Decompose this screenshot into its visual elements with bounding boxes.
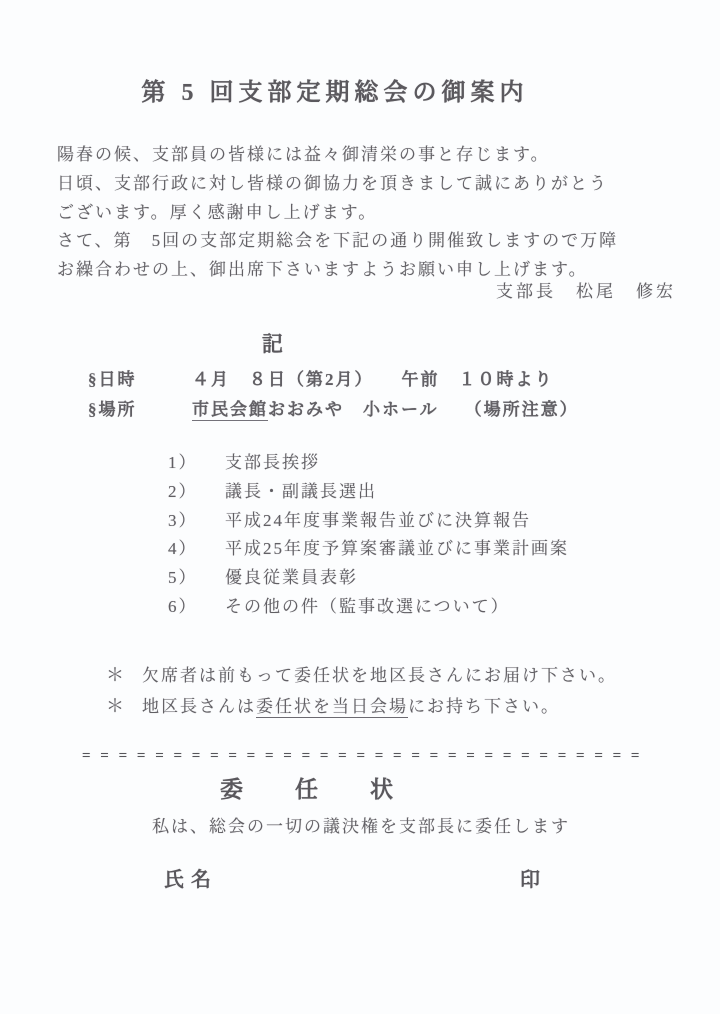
greeting-line: ございます。厚く感謝申し上げます。	[57, 199, 618, 228]
proxy-form-body: 私は、総会の一切の議決権を支部長に委任します	[152, 812, 570, 837]
venue-name-underlined: 市民会館	[192, 400, 268, 421]
greeting-line: 日頃、支部行政に対し皆様の御協力を頂きまして誠にありがとう	[57, 170, 618, 199]
agenda-item: 5） 優良従業員表彰	[168, 564, 569, 593]
note-text: 欠席者は前もって委任状を地区長さんにお届け下さい。	[142, 661, 617, 686]
note-bullet: ＊	[106, 692, 126, 718]
venue-note: （場所注意）	[465, 400, 579, 419]
note-bullet: ＊	[106, 661, 126, 687]
document-title: 第 5 回支部定期総会の御案内	[0, 72, 670, 107]
agenda-number: 3）	[168, 507, 225, 536]
agenda-number: 6）	[168, 593, 225, 622]
note-text-post: にお持ち下さい。	[408, 697, 560, 716]
agenda-text: その他の件（監事改選について）	[225, 593, 510, 622]
proxy-form-title: 委 任 状	[220, 771, 395, 804]
greeting-paragraph: 陽春の候、支部員の皆様には益々御清栄の事と存じます。 日頃、支部行政に対し皆様の…	[57, 141, 618, 285]
venue-value: 市民会館おおみや 小ホール（場所注意）	[192, 395, 579, 420]
agenda-item: 1） 支部長挨拶	[168, 449, 569, 478]
agenda-item: 2） 議長・副議長選出	[168, 478, 569, 507]
note-text-pre: 地区長さんは	[142, 697, 256, 716]
proxy-name-label: 氏名	[164, 863, 218, 892]
venue-label: §場所	[88, 395, 137, 420]
schedule-value: ４月 ８日（第2月）午前 １０時より	[192, 365, 554, 390]
record-heading: 記	[262, 328, 285, 358]
scanned-document-page: 第 5 回支部定期総会の御案内 陽春の候、支部員の皆様には益々御清栄の事と存じま…	[0, 0, 720, 1014]
note-text-pre: 欠席者は前もって委任状を地区長さんにお届け下さい。	[142, 666, 617, 685]
agenda-text: 支部長挨拶	[225, 449, 320, 478]
proxy-separator-line: = = = = = = = = = = = = = = = = = = = = …	[82, 748, 642, 765]
agenda-number: 4）	[168, 535, 225, 564]
greeting-line: 陽春の候、支部員の皆様には益々御清栄の事と存じます。	[57, 141, 618, 170]
agenda-text: 平成25年度予算案審議並びに事業計画案	[225, 535, 569, 564]
note-text-underlined: 委任状を当日会場	[256, 697, 408, 718]
agenda-number: 5）	[168, 564, 225, 593]
schedule-date: ４月 ８日（第2月）	[192, 370, 374, 389]
agenda-number: 2）	[168, 478, 225, 507]
note-text: 地区長さんは委任状を当日会場にお持ち下さい。	[142, 692, 560, 717]
greeting-line: さて、第 5回の支部定期総会を下記の通り開催致しますので万障	[57, 227, 618, 256]
agenda-text: 議長・副議長選出	[225, 478, 377, 507]
agenda-item: 6） その他の件（監事改選について）	[168, 593, 569, 622]
proxy-seal-label: 印	[520, 863, 540, 892]
agenda-text: 優良従業員表彰	[225, 564, 358, 593]
agenda-number: 1）	[168, 449, 225, 478]
venue-name-rest: おおみや 小ホール	[268, 400, 439, 419]
schedule-label: §日時	[88, 365, 137, 390]
schedule-time: 午前 １０時より	[402, 370, 554, 389]
signature-line: 支部長 松尾 修宏	[0, 277, 676, 302]
agenda-item: 4） 平成25年度予算案審議並びに事業計画案	[168, 535, 569, 564]
agenda-item: 3） 平成24年度事業報告並びに決算報告	[168, 507, 569, 536]
agenda-text: 平成24年度事業報告並びに決算報告	[225, 507, 531, 536]
agenda-list: 1） 支部長挨拶 2） 議長・副議長選出 3） 平成24年度事業報告並びに決算報…	[168, 449, 569, 622]
